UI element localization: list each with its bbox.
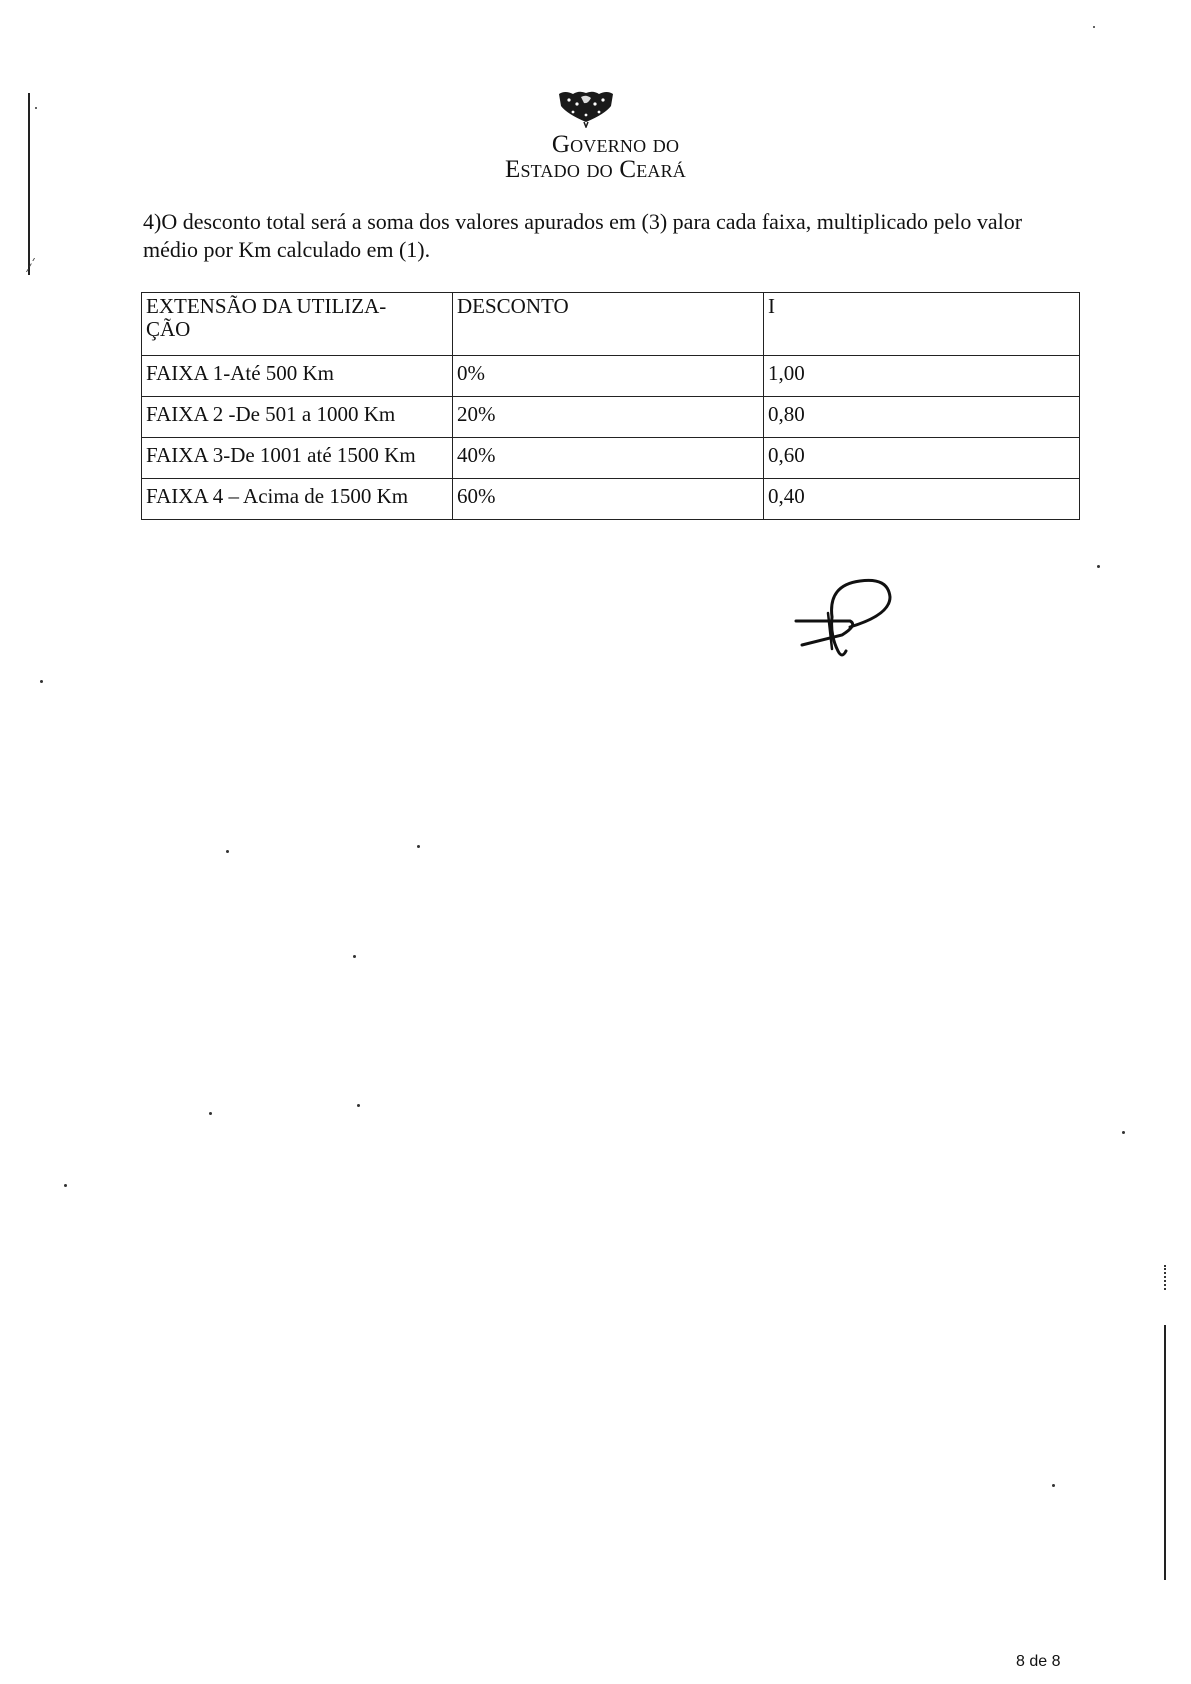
header-estado: Estado do Ceará xyxy=(0,157,1191,182)
header-governo: Governo do xyxy=(20,132,1191,157)
scan-speck xyxy=(40,680,43,683)
cell-faixa: FAIXA 1-Até 500 Km xyxy=(142,356,453,397)
header-desconto: DESCONTO xyxy=(453,293,764,356)
cell-faixa: FAIXA 4 – Acima de 1500 Km xyxy=(142,479,453,520)
scan-speck xyxy=(1093,26,1095,28)
scan-speck xyxy=(1122,1131,1125,1134)
body-paragraph: 4)O desconto total será a soma dos valor… xyxy=(143,208,1088,264)
discount-bands-table: EXTENSÃO DA UTILIZA- ÇÃO DESCONTO I FAIX… xyxy=(141,292,1080,520)
scan-speck xyxy=(1097,565,1100,568)
left-margin-line xyxy=(28,93,30,275)
page-number: 8 de 8 xyxy=(1016,1653,1060,1671)
scan-speck xyxy=(64,1184,67,1187)
cell-desconto: 20% xyxy=(453,397,764,438)
header-extensao: EXTENSÃO DA UTILIZA- ÇÃO xyxy=(142,293,453,356)
scan-speck xyxy=(417,845,420,848)
table-row: FAIXA 1-Até 500 Km 0% 1,00 xyxy=(142,356,1080,397)
cell-indice: 0,60 xyxy=(764,438,1080,479)
table-row: FAIXA 4 – Acima de 1500 Km 60% 0,40 xyxy=(142,479,1080,520)
paragraph-line-2: médio por Km calculado em (1). xyxy=(143,236,1088,264)
scan-speck xyxy=(209,1112,212,1115)
cell-indice: 0,80 xyxy=(764,397,1080,438)
cell-desconto: 60% xyxy=(453,479,764,520)
scan-speck xyxy=(357,1104,360,1107)
cell-desconto: 0% xyxy=(453,356,764,397)
ceara-coat-of-arms-icon xyxy=(555,88,617,128)
scan-speck xyxy=(353,955,356,958)
cell-faixa: FAIXA 3-De 1001 até 1500 Km xyxy=(142,438,453,479)
right-margin-dashes xyxy=(1164,1265,1168,1290)
paragraph-line-1: 4)O desconto total será a soma dos valor… xyxy=(143,208,1088,236)
handwritten-initials-icon xyxy=(780,575,940,675)
cell-desconto: 40% xyxy=(453,438,764,479)
scan-speck xyxy=(1052,1484,1055,1487)
right-margin-line xyxy=(1164,1325,1166,1580)
table-header-row: EXTENSÃO DA UTILIZA- ÇÃO DESCONTO I xyxy=(142,293,1080,356)
scan-speck xyxy=(35,107,37,109)
scan-speck xyxy=(226,850,229,853)
cell-indice: 0,40 xyxy=(764,479,1080,520)
cell-indice: 1,00 xyxy=(764,356,1080,397)
table-row: FAIXA 3-De 1001 até 1500 Km 40% 0,60 xyxy=(142,438,1080,479)
cell-faixa: FAIXA 2 -De 501 a 1000 Km xyxy=(142,397,453,438)
table-row: FAIXA 2 -De 501 a 1000 Km 20% 0,80 xyxy=(142,397,1080,438)
header-indice: I xyxy=(764,293,1080,356)
